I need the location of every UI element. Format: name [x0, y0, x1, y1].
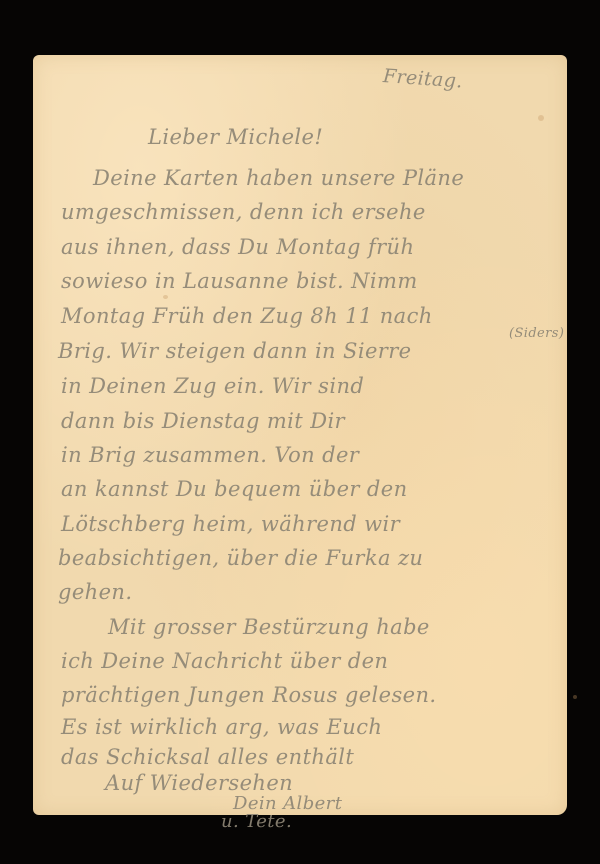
- body-line-16: prächtigen Jungen Rosus gelesen.: [61, 683, 436, 707]
- date-line: Freitag.: [382, 65, 463, 93]
- body-line-8: dann bis Dienstag mit Dir: [61, 409, 345, 433]
- paper-stain: [573, 695, 577, 699]
- body-line-1: Deine Karten haben unsere Pläne: [93, 166, 464, 190]
- body-line-6: Brig. Wir steigen dann in Sierre: [58, 339, 412, 363]
- body-line-14: Mit grosser Bestürzung habe: [108, 615, 430, 639]
- body-line-15: ich Deine Nachricht über den: [61, 649, 388, 673]
- body-line-13: gehen.: [58, 580, 132, 604]
- body-line-7: in Deinen Zug ein. Wir sind: [61, 374, 364, 398]
- body-line-3: aus ihnen, dass Du Montag früh: [61, 235, 414, 259]
- body-line-12: beabsichtigen, über die Furka zu: [58, 546, 423, 570]
- body-line-2: umgeschmissen, denn ich ersehe: [61, 200, 426, 224]
- body-line-18: das Schicksal alles enthält: [61, 745, 354, 769]
- scan-background: Freitag. Lieber Michele! Deine Karten ha…: [0, 0, 600, 864]
- body-line-17: Es ist wirklich arg, was Euch: [61, 715, 382, 739]
- signature-line-2: u. Tete.: [221, 811, 292, 832]
- body-line-11: Lötschberg heim, während wir: [61, 512, 400, 536]
- body-line-5: Montag Früh den Zug 8h 11 nach: [61, 304, 433, 328]
- paper-stain: [538, 115, 544, 121]
- annotation-siders: (Siders): [509, 326, 564, 341]
- paper-stain: [163, 295, 168, 299]
- salutation: Lieber Michele!: [148, 125, 323, 149]
- closing: Auf Wiedersehen: [105, 771, 293, 795]
- body-line-4: sowieso in Lausanne bist. Nimm: [61, 269, 418, 293]
- body-line-10: an kannst Du bequem über den: [61, 477, 408, 501]
- postcard: Freitag. Lieber Michele! Deine Karten ha…: [33, 55, 567, 815]
- body-line-9: in Brig zusammen. Von der: [61, 443, 359, 467]
